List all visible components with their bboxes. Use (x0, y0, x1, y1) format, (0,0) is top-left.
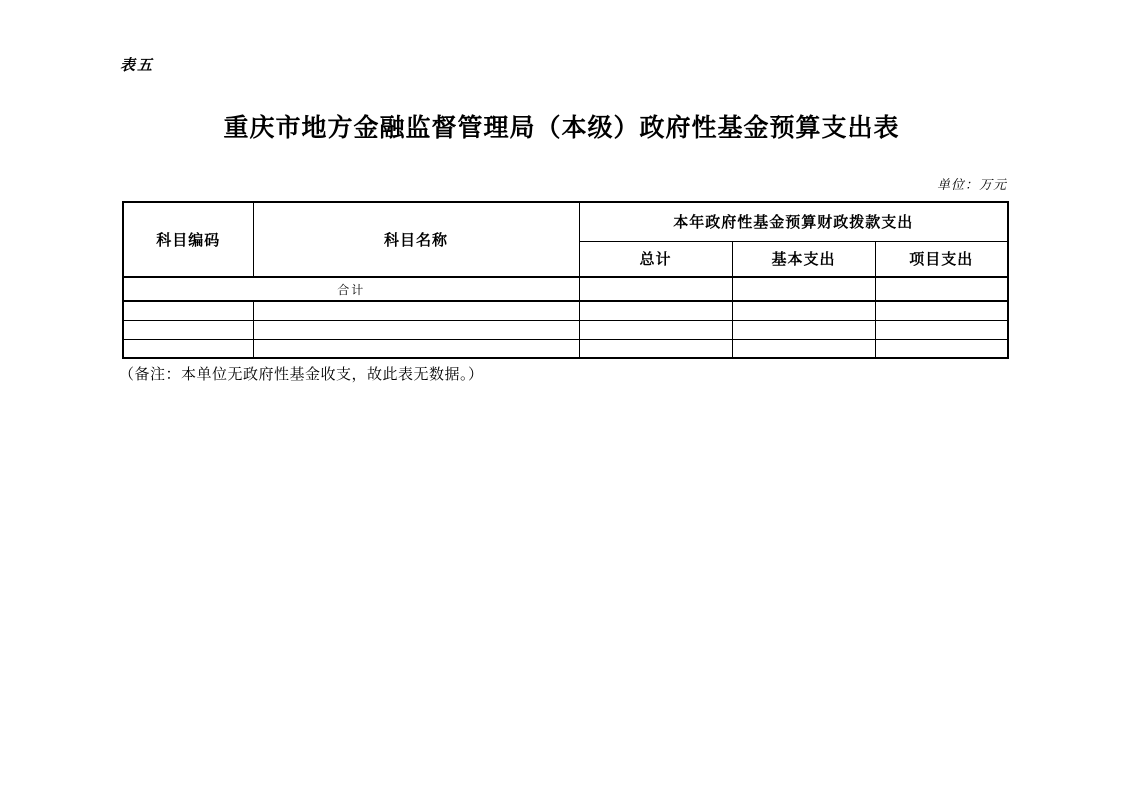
page-title: 重庆市地方金融监督管理局（本级）政府性基金预算支出表 (0, 108, 1123, 144)
cell-subject-code (123, 339, 253, 358)
cell-subject-name (253, 301, 579, 320)
cell-project (875, 301, 1008, 320)
col-header-subject-code: 科目编码 (123, 202, 253, 277)
cell-subject-name (253, 320, 579, 339)
col-header-subject-name: 科目名称 (253, 202, 579, 277)
col-header-fund-expenditure-group: 本年政府性基金预算财政拨款支出 (579, 202, 1008, 241)
table-row-total: 合计 (123, 277, 1008, 301)
cell-basic (732, 339, 875, 358)
sheet-label: 表五 (120, 54, 154, 75)
cell-subject-code (123, 301, 253, 320)
cell-subject-code (123, 320, 253, 339)
cell-project (875, 320, 1008, 339)
table-row (123, 339, 1008, 358)
cell-basic (732, 320, 875, 339)
cell-project (875, 339, 1008, 358)
budget-table: 科目编码 科目名称 本年政府性基金预算财政拨款支出 总计 基本支出 项目支出 合… (122, 201, 1009, 359)
cell-total (579, 301, 732, 320)
note: （备注：本单位无政府性基金收支，故此表无数据。） (119, 363, 484, 384)
cell-subject-name (253, 339, 579, 358)
table-row (123, 320, 1008, 339)
col-header-project-expenditure: 项目支出 (875, 241, 1008, 277)
total-row-value-total (579, 277, 732, 301)
col-header-basic-expenditure: 基本支出 (732, 241, 875, 277)
cell-basic (732, 301, 875, 320)
unit-label: 单位：万元 (937, 174, 1007, 193)
document-page: 表五 重庆市地方金融监督管理局（本级）政府性基金预算支出表 单位：万元 科目编码… (0, 0, 1123, 793)
col-header-total: 总计 (579, 241, 732, 277)
total-row-value-project (875, 277, 1008, 301)
table-header-row-1: 科目编码 科目名称 本年政府性基金预算财政拨款支出 (123, 202, 1008, 241)
table-row (123, 301, 1008, 320)
cell-total (579, 320, 732, 339)
cell-total (579, 339, 732, 358)
total-row-label: 合计 (123, 277, 579, 301)
total-row-value-basic (732, 277, 875, 301)
